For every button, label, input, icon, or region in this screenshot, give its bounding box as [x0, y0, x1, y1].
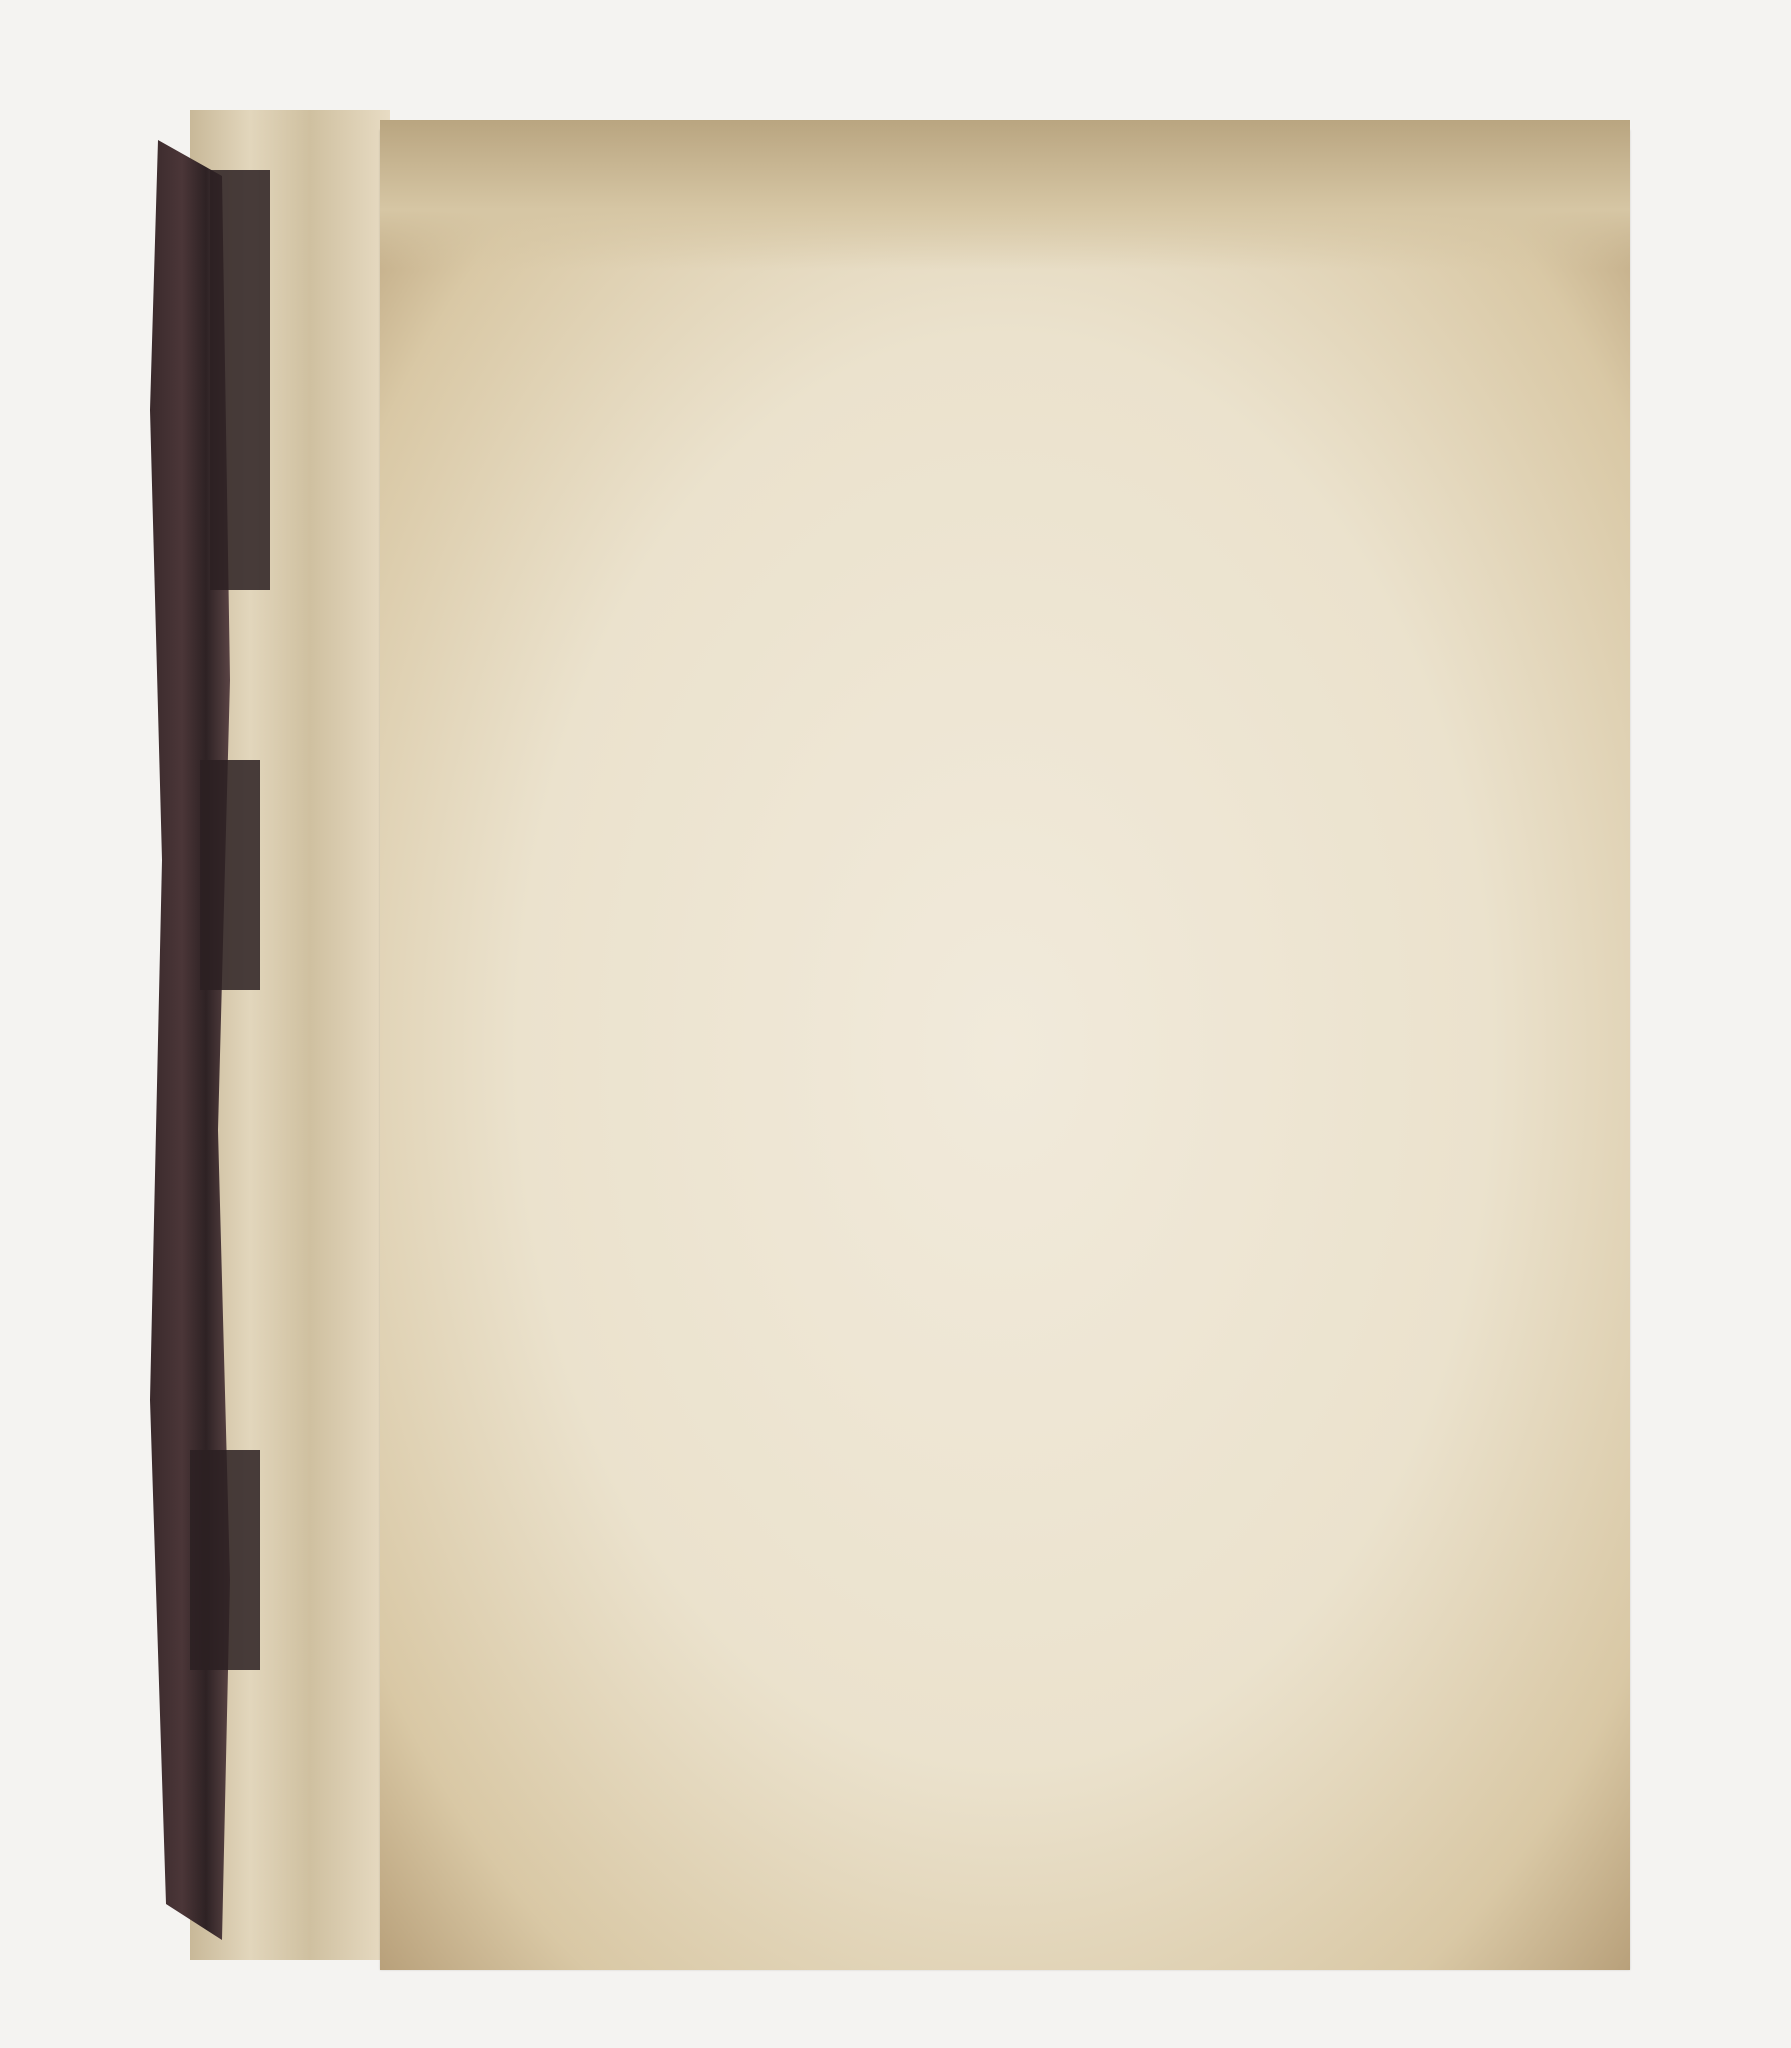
spine-stain	[190, 1450, 260, 1670]
spine-stain	[210, 170, 270, 590]
blank-page	[380, 130, 1630, 1970]
spine-stain	[200, 760, 260, 990]
page-top-stain	[380, 120, 1630, 270]
